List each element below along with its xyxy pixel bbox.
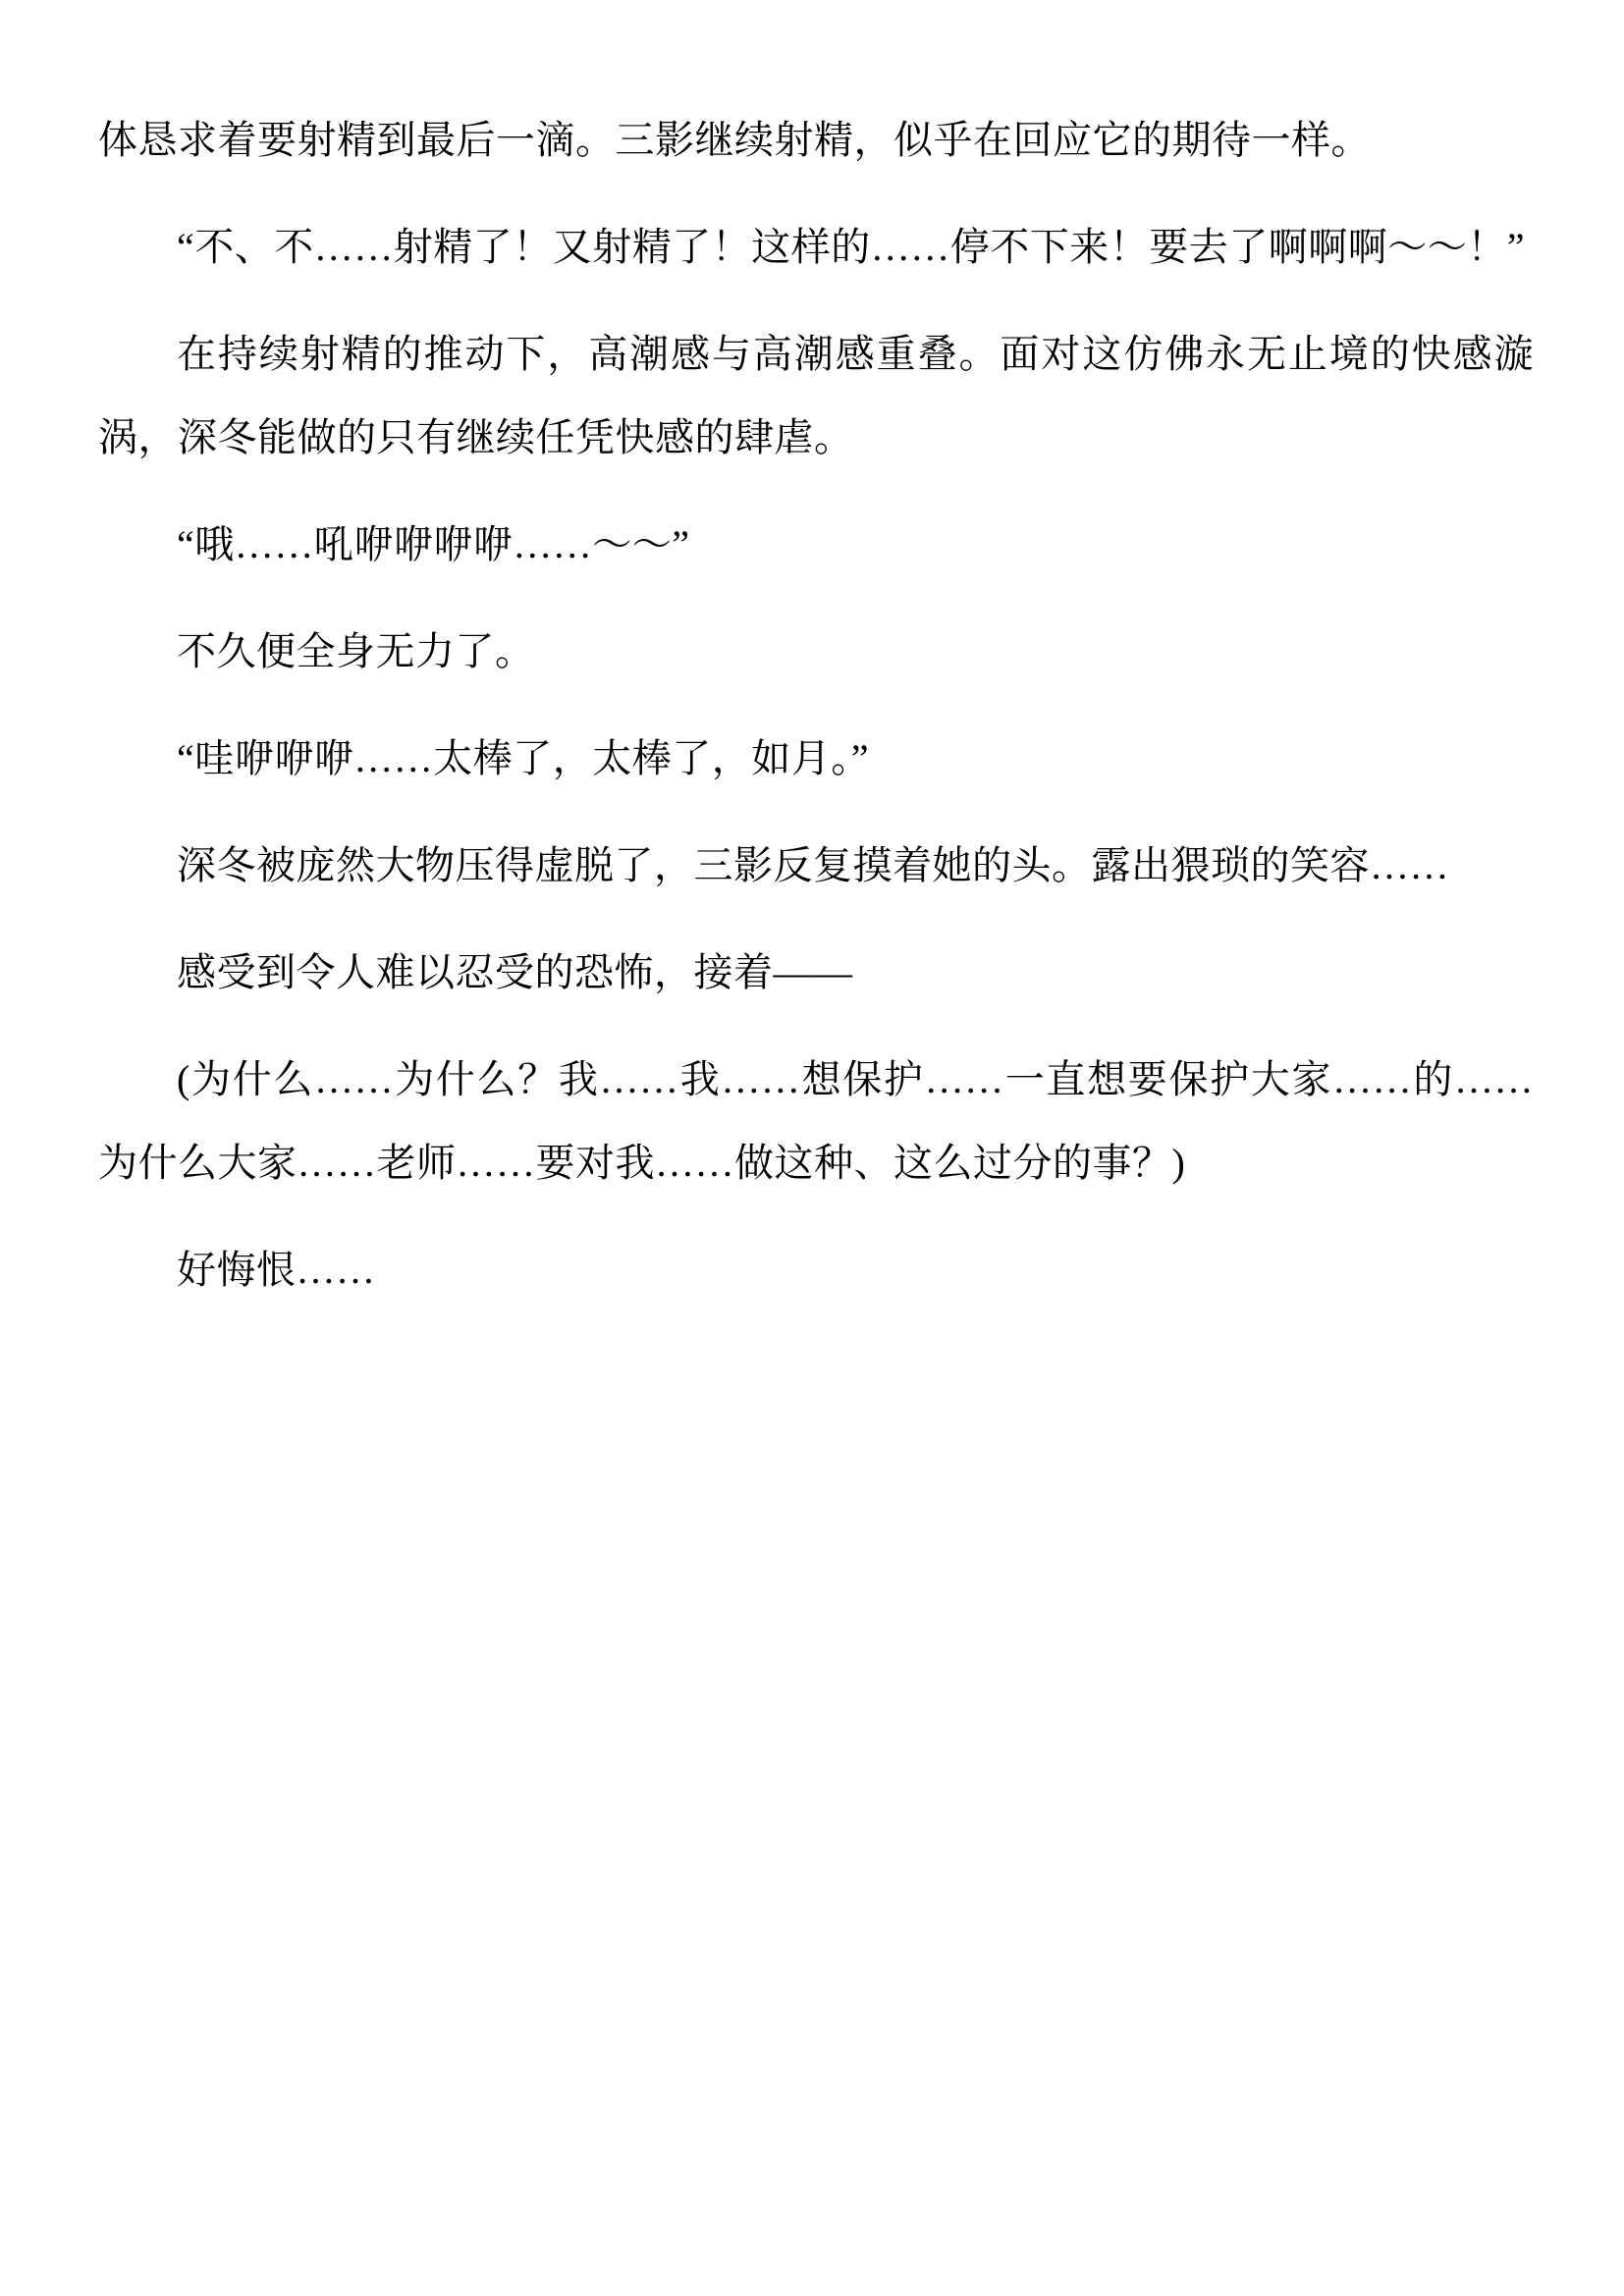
document-text-block: 体恳求着要射精到最后一滴。三影继续射精，似乎在回应它的期待一样。 “不、不……射… <box>98 98 1534 1311</box>
paragraph-narration-2: 不久便全身无力了。 <box>98 610 1534 693</box>
paragraph-continuation: 体恳求着要射精到最后一滴。三影继续射精，似乎在回应它的期待一样。 <box>98 98 1534 182</box>
paragraph-narration-3: 深冬被庞然大物压得虚脱了，三影反复摸着她的头。露出猥琐的笑容…… <box>98 824 1534 907</box>
paragraph-dialogue-1: “不、不……射精了！又射精了！这样的……停不下来！要去了啊啊啊～～！” <box>98 205 1534 289</box>
paragraph-narration-4: 感受到令人难以忍受的恐怖，接着—— <box>98 931 1534 1014</box>
paragraph-dialogue-3: “哇咿咿咿……太棒了，太棒了，如月。” <box>98 717 1534 800</box>
document-page: 体恳求着要射精到最后一滴。三影继续射精，似乎在回应它的期待一样。 “不、不……射… <box>0 0 1624 2296</box>
paragraph-closing-line: 好悔恨…… <box>98 1228 1534 1311</box>
paragraph-inner-monologue: (为什么……为什么？我……我……想保护……一直想要保护大家……的……为什么大家…… <box>98 1038 1534 1204</box>
paragraph-dialogue-2: “哦……吼咿咿咿咿……～～” <box>98 503 1534 586</box>
paragraph-narration-1: 在持续射精的推动下，高潮感与高潮感重叠。面对这仿佛永无止境的快感漩涡，深冬能做的… <box>98 312 1534 479</box>
